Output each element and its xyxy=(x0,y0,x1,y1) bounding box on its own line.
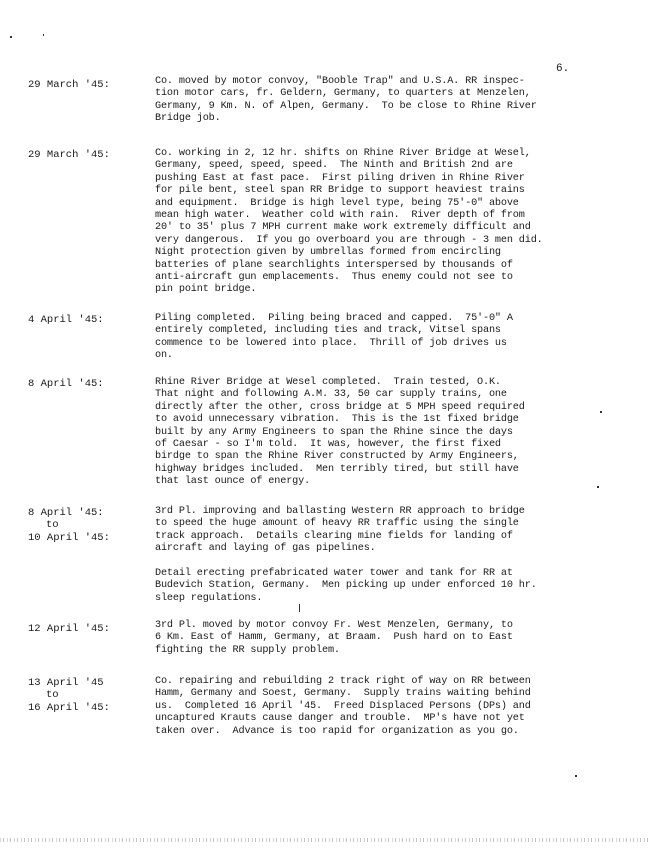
date-line: to xyxy=(28,519,133,531)
text-line: to avoid unnecessary vibration. This is … xyxy=(155,414,615,426)
text-line: Bridge job. xyxy=(155,113,615,125)
date-line: 13 April '45 xyxy=(28,677,133,689)
text-line: mean high water. Weather cold with rain.… xyxy=(155,210,615,222)
text-line: that last ounce of energy. xyxy=(155,476,615,488)
text-line: Piling completed. Piling being braced an… xyxy=(155,313,615,325)
text-line: very dangerous. If you go overboard you … xyxy=(155,235,615,247)
entry-date: 12 April '45: xyxy=(28,623,133,635)
text-line: That night and following A.M. 33, 50 car… xyxy=(155,389,615,401)
text-line: 6 Km. East of Hamm, Germany, at Braam. P… xyxy=(155,632,615,644)
text-line: for pile bent, steel span RR Bridge to s… xyxy=(155,185,615,197)
entry-text: 3rd Pl. moved by motor convoy Fr. West M… xyxy=(155,620,615,657)
text-line: directly after the other, cross bridge a… xyxy=(155,402,615,414)
entry-date: 29 March '45: xyxy=(28,79,133,91)
text-line: pushing East at fast pace. First piling … xyxy=(155,173,615,185)
page-number: 6. xyxy=(556,63,569,75)
text-line: to speed the huge amount of heavy RR tra… xyxy=(155,518,615,530)
text-line: entirely completed, including ties and t… xyxy=(155,325,615,337)
text-line: batteries of plane searchlights interspe… xyxy=(155,260,615,272)
entry-date: 13 April '45 to 16 April '45: xyxy=(28,677,133,714)
text-line: tion motor cars, fr. Geldern, Germany, t… xyxy=(155,88,615,100)
scan-speck xyxy=(10,36,12,38)
scan-edge-noise xyxy=(0,838,650,842)
text-line: built by any Army Engineers to span the … xyxy=(155,427,615,439)
entry-text: Piling completed. Piling being braced an… xyxy=(155,313,615,363)
text-line: of Caesar - so I'm told. It was, however… xyxy=(155,439,615,451)
entry-date: 8 April '45: xyxy=(28,378,133,390)
entry-text: 3rd Pl. improving and ballasting Western… xyxy=(155,506,615,605)
entry-text: Co. repairing and rebuilding 2 track rig… xyxy=(155,676,615,738)
entry-text: Co. moved by motor convoy, "Booble Trap"… xyxy=(155,76,615,126)
scan-speck xyxy=(43,34,44,36)
date-line: to xyxy=(28,689,133,701)
date-line: 16 April '45: xyxy=(28,702,133,714)
text-line: birdge to span the Rhine River construct… xyxy=(155,451,615,463)
scan-speck xyxy=(597,486,599,488)
text-line: fighting the RR supply problem. xyxy=(155,645,615,657)
date-line: 12 April '45: xyxy=(28,623,133,635)
text-line: Detail erecting prefabricated water towe… xyxy=(155,568,615,580)
entry-text: Rhine River Bridge at Wesel completed. T… xyxy=(155,377,615,489)
scan-speck xyxy=(575,775,577,777)
date-line: 8 April '45: xyxy=(28,378,133,390)
text-line: Rhine River Bridge at Wesel completed. T… xyxy=(155,377,615,389)
entry-text: Co. working in 2, 12 hr. shifts on Rhine… xyxy=(155,148,615,297)
scan-speck xyxy=(600,411,602,413)
entry-date: 4 April '45: xyxy=(28,314,133,326)
date-line: 29 March '45: xyxy=(28,149,133,161)
text-line: highway bridges included. Men terribly t… xyxy=(155,464,615,476)
text-line: Night protection given by umbrellas form… xyxy=(155,247,615,259)
blank-line xyxy=(155,556,615,568)
text-line: commence to be lowered into place. Thril… xyxy=(155,338,615,350)
text-line: Budevich Station, Germany. Men picking u… xyxy=(155,580,615,592)
text-line: track approach. Details clearing mine fi… xyxy=(155,531,615,543)
date-line: 4 April '45: xyxy=(28,314,133,326)
entry-date: 8 April '45: to 10 April '45: xyxy=(28,507,133,544)
text-line: aircraft and laying of gas pipelines. xyxy=(155,543,615,555)
entry-date: 29 March '45: xyxy=(28,149,133,161)
date-line: 8 April '45: xyxy=(28,507,133,519)
text-line: and equipment. Bridge is high level type… xyxy=(155,198,615,210)
text-line: uncaptured Krauts cause danger and troub… xyxy=(155,713,615,725)
text-line: us. Completed 16 April '45. Freed Displa… xyxy=(155,701,615,713)
text-line: Germany, speed, speed, speed. The Ninth … xyxy=(155,160,615,172)
text-line: 20' to 35' plus 7 MPH current make work … xyxy=(155,222,615,234)
text-line: Co. working in 2, 12 hr. shifts on Rhine… xyxy=(155,148,615,160)
text-line: Hamm, Germany and Soest, Germany. Supply… xyxy=(155,688,615,700)
text-line: taken over. Advance is too rapid for org… xyxy=(155,726,615,738)
document-page: 6. 29 March '45: Co. moved by motor conv… xyxy=(0,0,650,848)
scan-speck xyxy=(299,604,300,612)
text-line: 3rd Pl. improving and ballasting Western… xyxy=(155,506,615,518)
date-line: 10 April '45: xyxy=(28,532,133,544)
text-line: anti-aircraft gun emplacements. Thus ene… xyxy=(155,272,615,284)
text-line: on. xyxy=(155,350,615,362)
text-line: Germany, 9 Km. N. of Alpen, Germany. To … xyxy=(155,101,615,113)
text-line: Co. repairing and rebuilding 2 track rig… xyxy=(155,676,615,688)
text-line: sleep regulations. xyxy=(155,593,615,605)
text-line: pin point bridge. xyxy=(155,284,615,296)
text-line: 3rd Pl. moved by motor convoy Fr. West M… xyxy=(155,620,615,632)
date-line: 29 March '45: xyxy=(28,79,133,91)
text-line: Co. moved by motor convoy, "Booble Trap"… xyxy=(155,76,615,88)
